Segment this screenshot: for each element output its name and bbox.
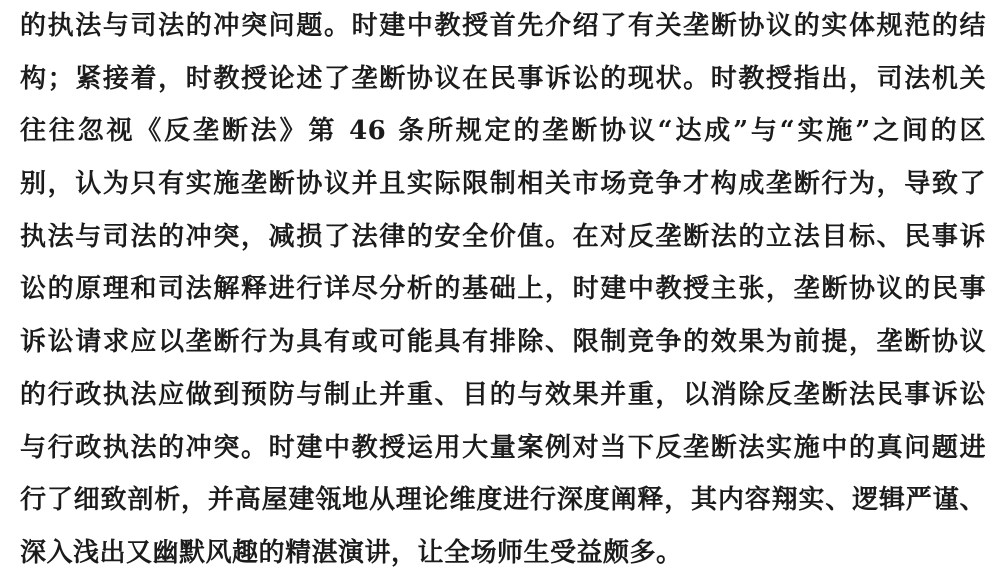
text-line-10: 行了细致剖析，并高屋建瓴地从理论维度进行深度阐释，其内容翔实、逻辑严谨、 [20, 474, 986, 527]
text-line-6: 讼的原理和司法解释进行详尽分析的基础上，时建中教授主张，垄断协议的民事 [20, 263, 986, 316]
text-line-3: 往往忽视《反垄断法》第 46 条所规定的垄断协议“达成”与“实施”之间的区 [20, 105, 986, 158]
document-page: 的执法与司法的冲突问题。时建中教授首先介绍了有关垄断协议的实体规范的结 构；紧接… [0, 0, 998, 580]
text-line-8: 的行政执法应做到预防与制止并重、目的与效果并重，以消除反垄断法民事诉讼 [20, 369, 986, 422]
text-line-1: 的执法与司法的冲突问题。时建中教授首先介绍了有关垄断协议的实体规范的结 [20, 0, 986, 53]
text-line-11: 深入浅出又幽默风趣的精湛演讲，让全场师生受益颇多。 [20, 527, 986, 580]
text-line-4: 别，认为只有实施垄断协议并且实际限制相关市场竞争才构成垄断行为，导致了 [20, 158, 986, 211]
text-line-9: 与行政执法的冲突。时建中教授运用大量案例对当下反垄断法实施中的真问题进 [20, 422, 986, 475]
text-line-7: 诉讼请求应以垄断行为具有或可能具有排除、限制竞争的效果为前提，垄断协议 [20, 316, 986, 369]
text-line-5: 执法与司法的冲突，减损了法律的安全价值。在对反垄断法的立法目标、民事诉 [20, 211, 986, 264]
text-line-2: 构；紧接着，时教授论述了垄断协议在民事诉讼的现状。时教授指出，司法机关 [20, 53, 986, 106]
